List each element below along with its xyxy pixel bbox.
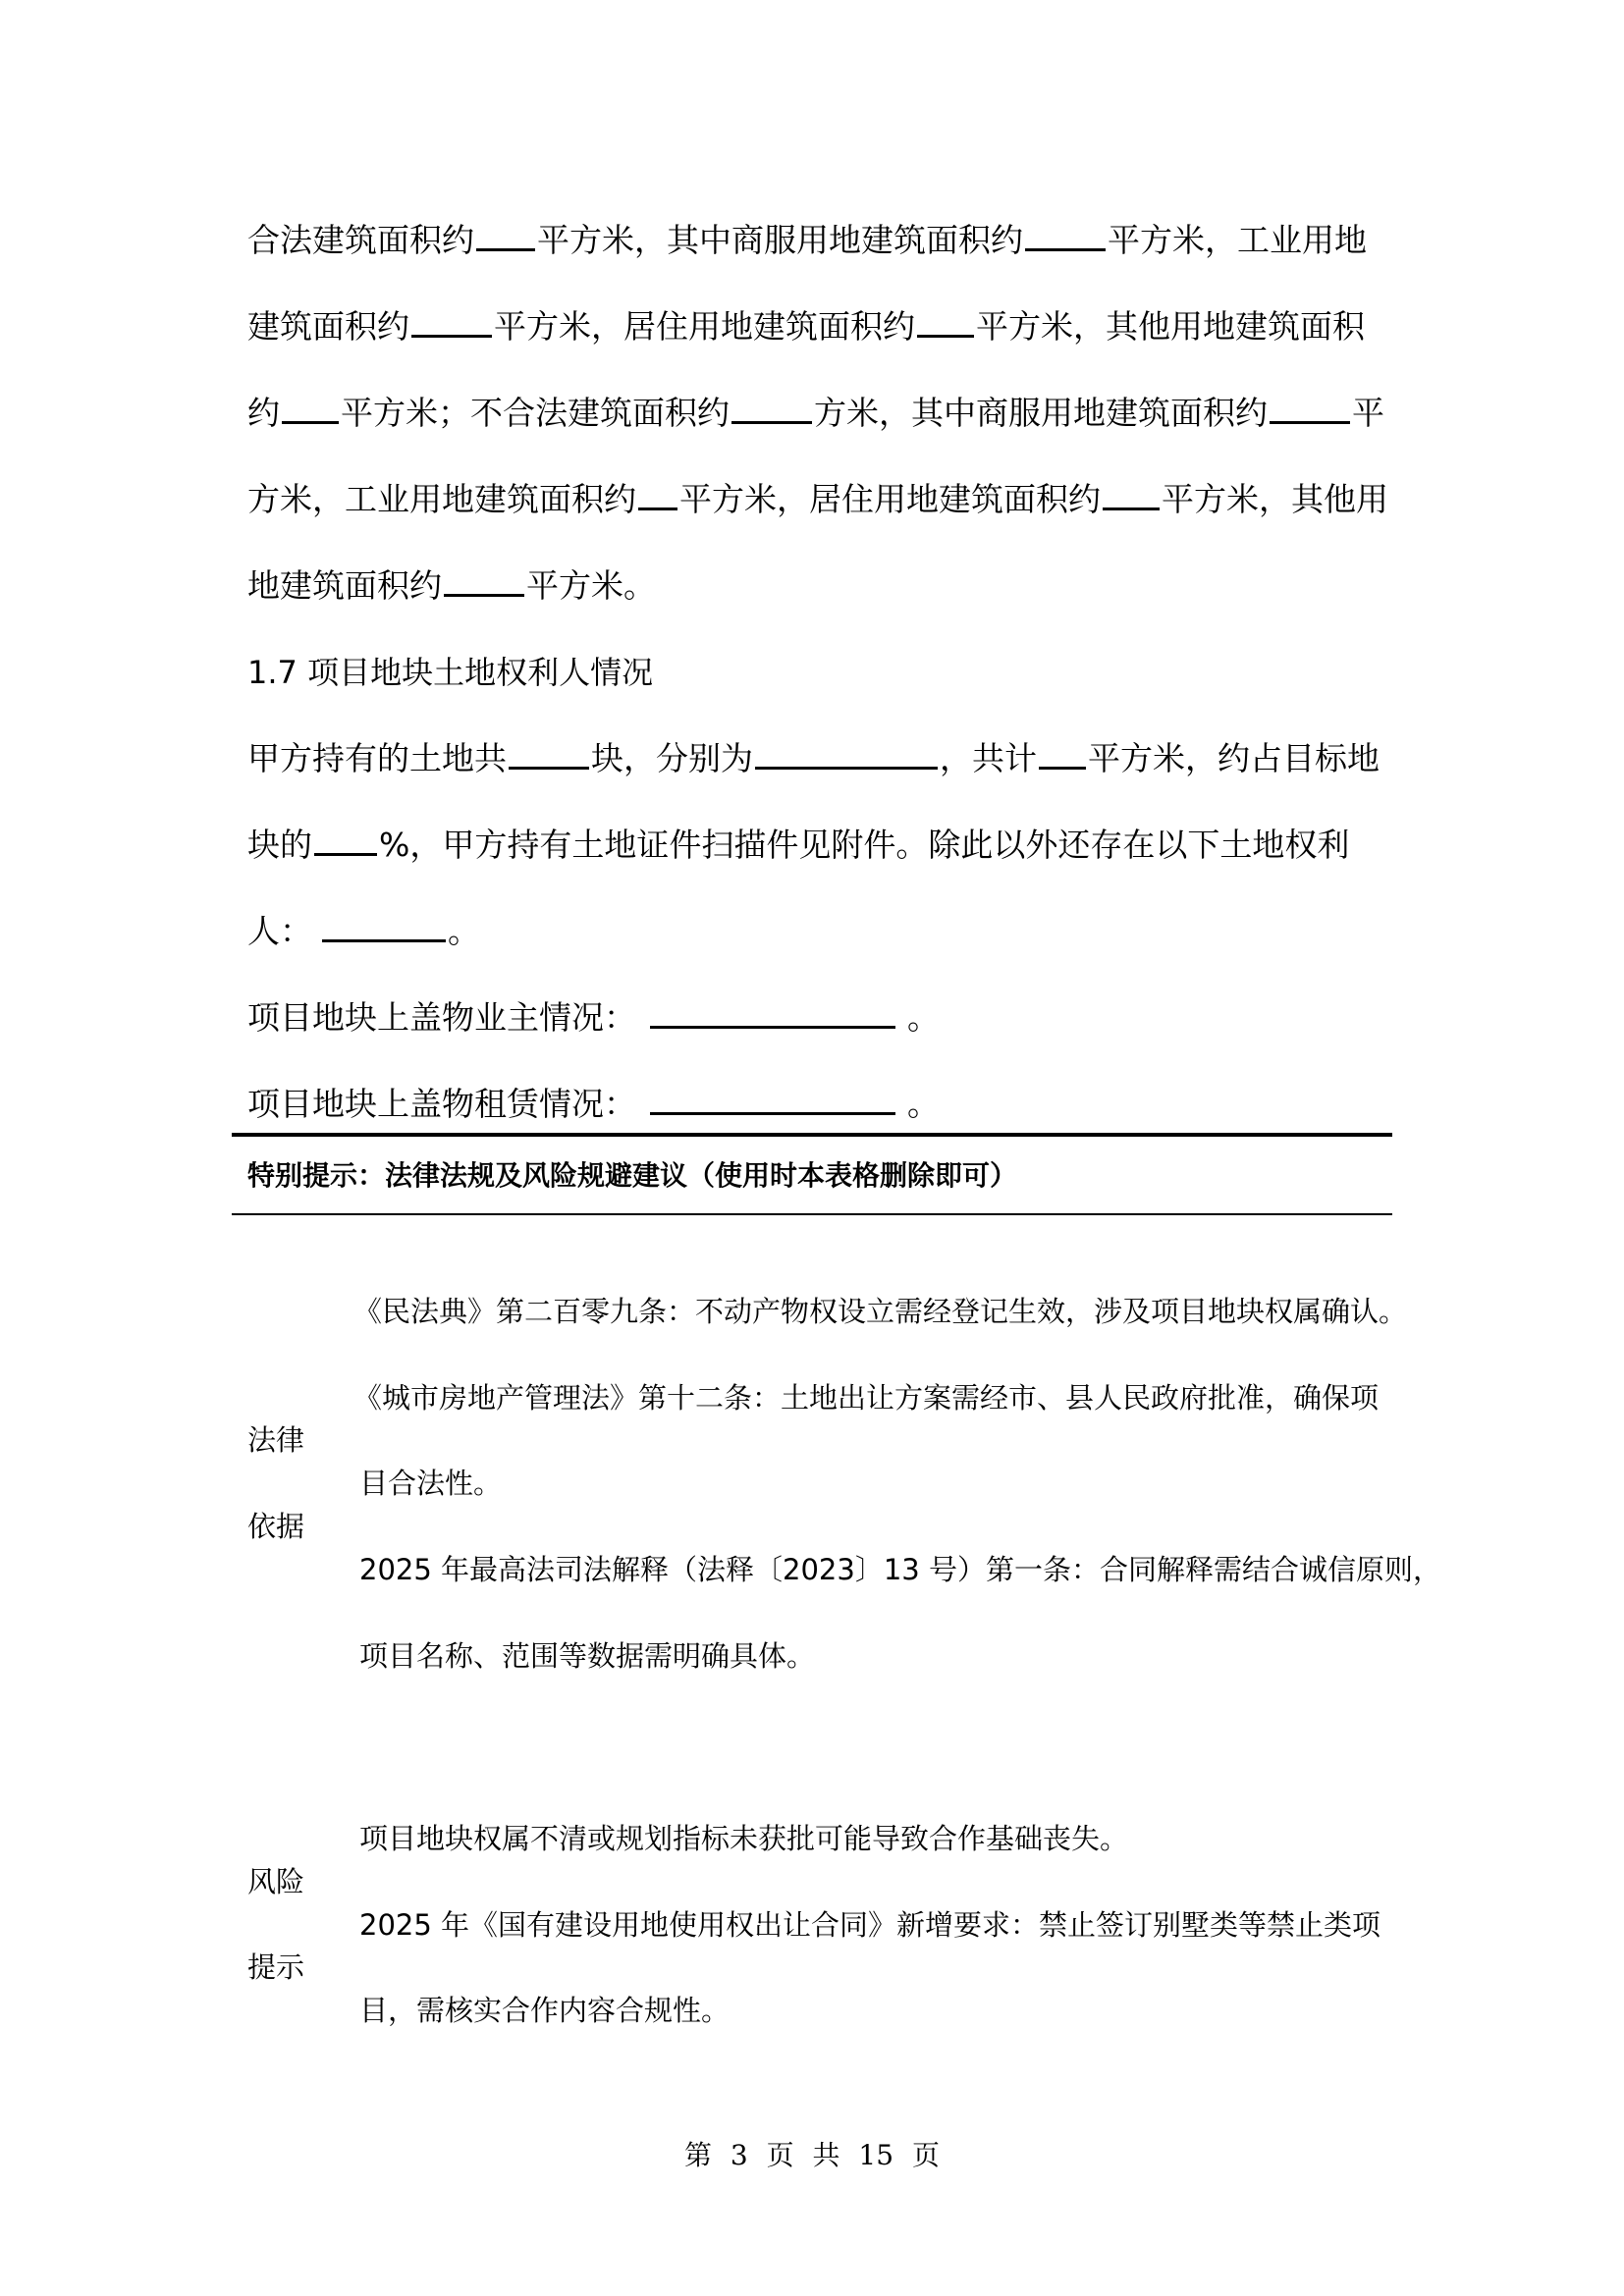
text: 。: [907, 1085, 940, 1123]
page-number: 第 3 页 共 15 页: [0, 2136, 1624, 2175]
body-line-5: 地建筑面积约平方米。: [247, 564, 656, 608]
fill-blank[interactable]: [755, 737, 938, 770]
lease-blank[interactable]: [650, 1083, 895, 1115]
fill-blank[interactable]: [917, 305, 974, 338]
fill-blank[interactable]: [322, 910, 446, 942]
fill-blank[interactable]: [1103, 478, 1160, 510]
table-header-rule: [232, 1213, 1392, 1215]
fill-blank[interactable]: [1039, 737, 1086, 770]
table-top-rule: [232, 1133, 1392, 1137]
legal-line: 2025 年最高法司法解释（法释〔2023〕13 号）第一条：合同解释需结合诚信…: [359, 1550, 1441, 1589]
text: 约: [247, 394, 280, 432]
text: 平: [1352, 394, 1384, 432]
text: 地建筑面积约: [247, 566, 442, 605]
fill-blank[interactable]: [1270, 392, 1350, 424]
text: 平方米，其他用地建筑面积: [976, 307, 1365, 346]
legal-label-2: 依据: [247, 1507, 304, 1546]
text: 方米，工业用地建筑面积约: [247, 480, 636, 518]
text: 合法建筑面积约: [247, 221, 474, 259]
land-line-2: 块的%，甲方持有土地证件扫描件见附件。除此以外还存在以下土地权利: [247, 824, 1349, 867]
text: ，共计: [940, 739, 1037, 777]
text: 平方米；不合法建筑面积约: [341, 394, 730, 432]
legal-line: 项目名称、范围等数据需明确具体。: [359, 1636, 815, 1676]
section-heading: 1.7 项目地块土地权利人情况: [247, 651, 653, 694]
text: 块，分别为: [591, 739, 753, 777]
fill-blank[interactable]: [314, 824, 377, 856]
risk-line: 2025 年《国有建设用地使用权出让合同》新增要求：禁止签订别墅类等禁止类项: [359, 1905, 1380, 1945]
document-page: 合法建筑面积约平方米，其中商服用地建筑面积约平方米，工业用地 建筑面积约平方米，…: [0, 0, 1624, 2296]
text: 人：: [247, 912, 312, 950]
text: 平方米。: [526, 566, 656, 605]
text: 平方米，其中商服用地建筑面积约: [537, 221, 1023, 259]
risk-label-2: 提示: [247, 1948, 304, 1987]
text: 平方米，其他用: [1162, 480, 1388, 518]
lease-label: 项目地块上盖物租赁情况：: [247, 1085, 636, 1123]
legal-line: 《城市房地产管理法》第十二条：土地出让方案需经市、县人民政府批准，确保项: [353, 1378, 1379, 1417]
text: 方米，其中商服用地建筑面积约: [814, 394, 1268, 432]
text: 。: [448, 912, 480, 950]
owner-label: 项目地块上盖物业主情况：: [247, 998, 636, 1037]
text: 块的: [247, 826, 312, 864]
risk-line: 项目地块权属不清或规划指标未获批可能导致合作基础丧失。: [359, 1819, 1128, 1858]
land-line-3: 人：。: [247, 910, 480, 953]
tip-table-header: 特别提示：法律法规及风险规避建议（使用时本表格删除即可）: [247, 1156, 1017, 1196]
fill-blank[interactable]: [476, 219, 535, 251]
risk-line: 目，需核实合作内容合规性。: [359, 1991, 730, 2030]
fill-blank[interactable]: [509, 737, 589, 770]
fill-blank[interactable]: [444, 564, 524, 597]
text: 。: [907, 998, 940, 1037]
text: 平方米，居住用地建筑面积约: [679, 480, 1101, 518]
body-line-4: 方米，工业用地建筑面积约平方米，居住用地建筑面积约平方米，其他用: [247, 478, 1388, 521]
legal-label-1: 法律: [247, 1420, 304, 1460]
body-line-2: 建筑面积约平方米，居住用地建筑面积约平方米，其他用地建筑面积: [247, 305, 1365, 348]
owner-blank[interactable]: [650, 996, 895, 1029]
legal-line: 目合法性。: [359, 1464, 502, 1503]
text: 建筑面积约: [247, 307, 409, 346]
owner-line: 项目地块上盖物业主情况：。: [247, 996, 940, 1040]
text: 甲方持有的土地共: [247, 739, 507, 777]
fill-blank[interactable]: [282, 392, 339, 424]
fill-blank[interactable]: [411, 305, 492, 338]
legal-line: 《民法典》第二百零九条：不动产物权设立需经登记生效，涉及项目地块权属确认。: [353, 1292, 1407, 1331]
body-line-1: 合法建筑面积约平方米，其中商服用地建筑面积约平方米，工业用地: [247, 219, 1367, 262]
text: 平方米，居住用地建筑面积约: [494, 307, 915, 346]
text: 平方米，约占目标地: [1088, 739, 1380, 777]
body-line-3: 约平方米；不合法建筑面积约方米，其中商服用地建筑面积约平: [247, 392, 1384, 435]
fill-blank[interactable]: [731, 392, 812, 424]
land-line-1: 甲方持有的土地共块，分别为，共计平方米，约占目标地: [247, 737, 1380, 780]
lease-line: 项目地块上盖物租赁情况：。: [247, 1083, 940, 1126]
fill-blank[interactable]: [638, 478, 677, 510]
fill-blank[interactable]: [1025, 219, 1106, 251]
text: 平方米，工业用地: [1108, 221, 1367, 259]
risk-label-1: 风险: [247, 1862, 304, 1901]
text: %，甲方持有土地证件扫描件见附件。除此以外还存在以下土地权利: [379, 826, 1349, 864]
